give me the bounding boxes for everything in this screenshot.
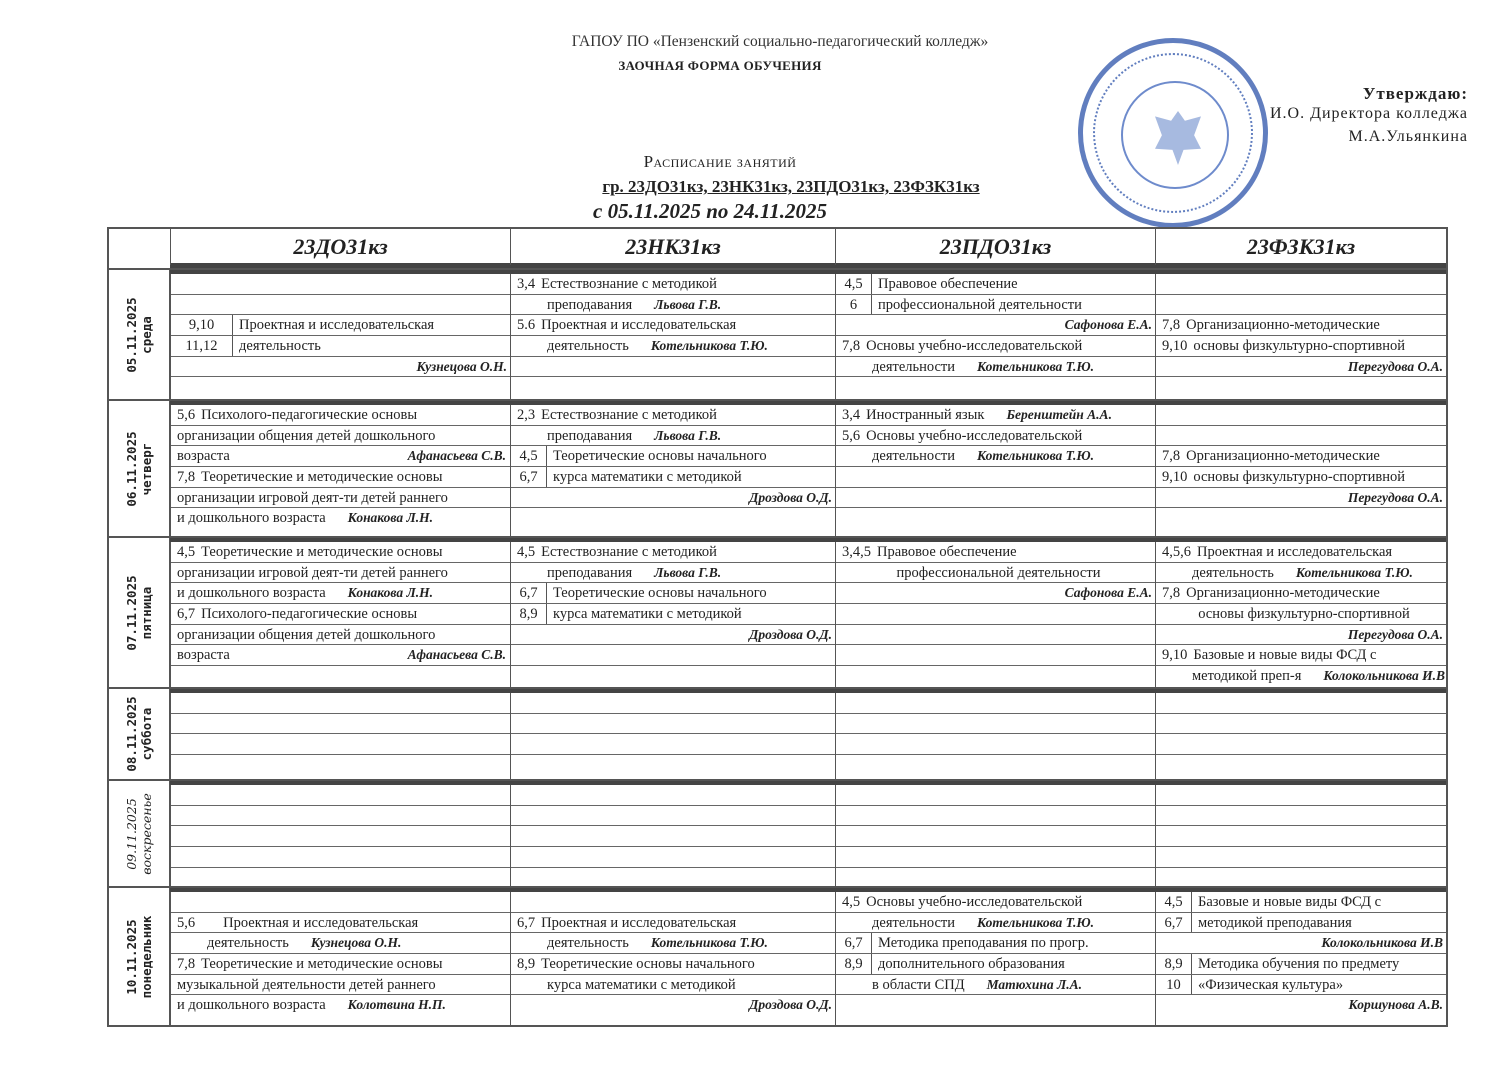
teacher-name: Перегудова О.А. [1348,490,1443,505]
day-date: 08.11.2025 [124,696,139,771]
cell-line [511,806,835,827]
cell-line: Коршунова А.В. [1156,995,1446,1016]
cell-line: организации общения детей дошкольного [171,625,510,646]
lesson-number: 7,8 [171,467,199,487]
cell-line [1156,508,1446,529]
subject-text: Правовое обеспечение [875,544,1017,560]
cell-line [171,714,510,735]
day-block: 10.11.2025понедельник5,6Проектная и иссл… [109,886,1446,1026]
subject-text: профессиональной деятельности [872,297,1082,313]
cell-line: 6,7курса математики с методикой [511,467,835,488]
cell-line [1156,785,1446,806]
subject-text: Проектная и исследовательская [233,317,434,333]
subject-text: организации игровой деят-ти детей раннег… [171,565,448,581]
lesson-number: 6,7 [511,583,547,603]
subject-text: Проектная и исследовательская [539,317,736,333]
teacher-name: Перегудова О.А. [1348,359,1443,374]
cell-line: 3,4Естествознание с методикой [511,274,835,295]
day-weekday: пятница [139,575,154,650]
cell-line: деятельностиКотельникова Т.Ю. [836,446,1155,467]
lesson-number: 8,9 [1156,954,1192,974]
cell-line: 7,8Организационно-методические [1156,583,1446,604]
lesson-number: 4,5 [511,446,547,466]
cell-line: Дроздова О.Д. [511,995,835,1016]
cell-line: деятельностиКотельникова Т.Ю. [836,913,1155,934]
schedule-table: 23ДО31кз23НК31кз23ПДО31кз23ФЗК31кз05.11.… [107,227,1448,1027]
cell-line [511,357,835,378]
lesson-number: 4,5 [511,542,539,562]
cell-line: деятельностьКотельникова Т.Ю. [1156,563,1446,584]
day-date-weekday: 08.11.2025суббота [124,696,154,771]
subject-text: Базовые и новые виды ФСД с [1192,894,1381,910]
cell-line: преподаванияЛьвова Г.В. [511,295,835,316]
schedule-cell: 3,4,5Правовое обеспечениепрофессионально… [835,542,1155,687]
day-date: 05.11.2025 [124,297,139,372]
cell-line [836,806,1155,827]
cell-line: возрастаАфанасьева С.В. [171,645,510,666]
cell-line [171,734,510,755]
lesson-number: 8,9 [511,604,547,624]
subject-text: возраста [171,448,230,464]
lesson-number: 7,8 [1156,315,1184,335]
cell-line [836,693,1155,714]
cell-line [171,666,510,687]
lesson-number: 11,12 [171,336,233,356]
teacher-name: Колокольникова И.В [1323,668,1445,683]
day-weekday: суббота [139,696,154,771]
lesson-number: 4,5 [836,274,872,294]
subject-text: Основы учебно-исследовательской [864,338,1082,354]
lesson-number: 3,4 [836,405,864,425]
teacher-name: Котельникова Т.Ю. [977,915,1094,930]
groups-line: гр. 23ДО31кз, 23НК31кз, 23ПДО31кз, 23ФЗК… [0,177,1498,197]
schedule-cell: 9,10Проектная и исследовательская11,12де… [170,274,510,399]
cell-line [836,714,1155,735]
cell-line [1156,693,1446,714]
cell-line: 8,9дополнительного образования [836,954,1155,975]
cell-line: курса математики с методикой [511,975,835,996]
cell-line [511,714,835,735]
subject-text: курса математики с методикой [511,977,736,993]
schedule-cell: 3,4Иностранный языкБеренштейн А.А.5,6Осн… [835,405,1155,536]
subject-text: в области СПД [836,977,965,993]
schedule-cell: 3,4Естествознание с методикойпреподавани… [510,274,835,399]
subject-text: Теоретические и методические основы [199,544,442,560]
cell-line: преподаванияЛьвова Г.В. [511,426,835,447]
subject-text: Организационно-методические [1184,448,1380,464]
subject-text: организации общения детей дошкольного [171,428,435,444]
cell-line: 6профессиональной деятельности [836,295,1155,316]
subject-text: Организационно-методические [1184,317,1380,333]
day-date: 06.11.2025 [124,431,139,506]
subject-text: Базовые и новые виды ФСД с [1191,647,1376,663]
cell-line [511,693,835,714]
lesson-number: 4,5,6 [1156,542,1195,562]
cell-line: профессиональной деятельности [836,563,1155,584]
schedule-cell: 2,3Естествознание с методикойпреподавани… [510,405,835,536]
lesson-number: 7,8 [1156,446,1184,466]
lesson-number: 8,9 [836,954,872,974]
subject-text: «Физическая культура» [1192,977,1343,993]
cell-line: Дроздова О.Д. [511,488,835,509]
day-weekday: среда [139,297,154,372]
teacher-name: Львова Г.В. [654,297,721,312]
teacher-name: Котельникова Т.Ю. [1296,565,1413,580]
day-date: 10.11.2025 [124,916,139,999]
subject-text: деятельность [511,338,629,354]
subject-text: методикой преподавания [1192,915,1352,931]
cell-line: 3,4Иностранный языкБеренштейн А.А. [836,405,1155,426]
lesson-number: 6,7 [836,933,872,953]
cell-line: 10«Физическая культура» [1156,975,1446,996]
lesson-number: 4,5 [171,542,199,562]
cell-line: Перегудова О.А. [1156,488,1446,509]
day-label: 07.11.2025пятница [109,538,170,687]
lesson-number: 3,4 [511,274,539,294]
cell-line: 4,5Теоретические основы начального [511,446,835,467]
subject-text: Иностранный язык [864,407,984,423]
subject-text: деятельности [836,915,955,931]
cell-line: 4,5Теоретические и методические основы [171,542,510,563]
cell-line: 9,10основы физкультурно-спортивной [1156,336,1446,357]
cell-line: 4,5Правовое обеспечение [836,274,1155,295]
teacher-name: Конакова Л.Н. [348,510,433,525]
lesson-number: 7,8 [1156,583,1184,603]
cell-line: 7,8Организационно-методические [1156,446,1446,467]
subject-text: Естествознание с методикой [539,407,717,423]
cell-line: 4,5Основы учебно-исследовательской [836,892,1155,913]
cell-line: 4,5,6Проектная и исследовательская [1156,542,1446,563]
subject-text: курса математики с методикой [547,606,742,622]
teacher-name: Афанасьева С.В. [408,446,506,466]
teacher-name: Львова Г.В. [654,565,721,580]
cell-line: 5,6Проектная и исследовательская [171,913,510,934]
cell-line [836,785,1155,806]
cell-line [836,508,1155,529]
teacher-name: Дроздова О.Д. [749,997,832,1012]
lesson-number: 9,10 [1156,467,1191,487]
cell-line: организации общения детей дошкольного [171,426,510,447]
teacher-name: Котельникова Т.Ю. [651,338,768,353]
cell-line: деятельностьКотельникова Т.Ю. [511,336,835,357]
subject-text: Теоретические и методические основы [199,469,442,485]
teacher-name: Котельникова Т.Ю. [651,935,768,950]
cell-line [836,826,1155,847]
subject-text: Методика обучения по предмету [1192,956,1399,972]
subject-text: Организационно-методические [1184,585,1380,601]
subject-text: Теоретические основы начального [547,585,767,601]
subject-text: основы физкультурно-спортивной [1191,469,1405,485]
schedule-cell: 4,5Теоретические и методические основыор… [170,542,510,687]
cell-line [171,295,510,316]
day-label: 10.11.2025понедельник [109,888,170,1026]
teacher-name: Котельникова Т.Ю. [977,448,1094,463]
schedule-cell [510,693,835,779]
cell-line: и дошкольного возрастаКонакова Л.Н. [171,508,510,529]
cell-line: Перегудова О.А. [1156,625,1446,646]
teacher-name: Конакова Л.Н. [348,585,433,600]
lesson-number: 5.6 [511,315,539,335]
cell-line [836,755,1155,776]
cell-line: 8,9Методика обучения по предмету [1156,954,1446,975]
subject-text: деятельность [511,935,629,951]
subject-text: основы физкультурно-спортивной [1191,338,1405,354]
cell-line: методикой преп-яКолокольникова И.В [1156,666,1446,687]
cell-line [1156,806,1446,827]
schedule-cell: 7,8Организационно-методические9,10основы… [1155,405,1446,536]
cell-line: в области СПДМатюхина Л.А. [836,975,1155,996]
day-date: 07.11.2025 [124,575,139,650]
subject-text: музыкальной деятельности детей раннего [171,977,436,993]
teacher-name: Котельникова Т.Ю. [977,359,1094,374]
cell-line: 7,8Теоретические и методические основы [171,954,510,975]
day-date-weekday: 06.11.2025четверг [124,431,154,506]
subject-text: и дошкольного возраста [171,997,326,1013]
lesson-number: 6,7 [171,604,199,624]
cell-line [1156,734,1446,755]
cell-line [511,645,835,666]
cell-line [171,892,510,913]
cell-line: 6,7Проектная и исследовательская [511,913,835,934]
day-date-weekday: 09.11.2025воскресенье [124,793,154,875]
cell-line [171,826,510,847]
schedule-cell: 7,8Организационно-методические9,10основы… [1155,274,1446,399]
day-label: 08.11.2025суббота [109,689,170,779]
teacher-name: Сафонова Е.А. [1065,585,1152,600]
subject-text: Теоретические и методические основы [199,956,442,972]
cell-line: возрастаАфанасьева С.В. [171,446,510,467]
teacher-name: Сафонова Е.А. [1065,317,1152,332]
schedule-cell: 4,5,6Проектная и исследовательскаядеятел… [1155,542,1446,687]
schedule-cell [1155,693,1446,779]
subject-text: преподавания [511,428,632,444]
column-header-3: 23ПДО31кз [835,229,1155,265]
lesson-number: 6,7 [511,913,539,933]
cell-line: Перегудова О.А. [1156,357,1446,378]
cell-line: Дроздова О.Д. [511,625,835,646]
subject-text: Основы учебно-исследовательской [864,894,1082,910]
cell-line [1156,426,1446,447]
subject-text: преподавания [511,297,632,313]
organization-name: ГАПОУ ПО «Пензенский социально-педагогич… [0,33,1498,51]
cell-line: 3,4,5Правовое обеспечение [836,542,1155,563]
cell-line: 6,7методикой преподавания [1156,913,1446,934]
cell-line [836,847,1155,868]
cell-line: деятельностьКузнецова О.Н. [171,933,510,954]
lesson-number: 5,6 [836,426,864,446]
approval-name: М.А.Ульянкина [1348,128,1468,146]
lesson-number: 9,10 [1156,645,1191,665]
cell-line: и дошкольного возрастаКонакова Л.Н. [171,583,510,604]
subject-text: и дошкольного возраста [171,510,326,526]
subject-text: Проектная и исследовательская [1195,544,1392,560]
cell-line: 9,10Проектная и исследовательская [171,315,510,336]
cell-line [511,734,835,755]
cell-line [1156,755,1446,776]
subject-text: деятельности [836,359,955,375]
cell-line: 11,12деятельность [171,336,510,357]
subject-text: Проектная и исследовательская [199,915,418,931]
subject-text: деятельность [1156,565,1274,581]
subject-text: методикой преп-я [1156,668,1301,684]
cell-line [171,755,510,776]
day-date-weekday: 05.11.2025среда [124,297,154,372]
lesson-number: 9,10 [171,315,233,335]
cell-line [836,488,1155,509]
day-block: 05.11.2025среда9,10Проектная и исследова… [109,268,1446,399]
subject-text: Методика преподавания по прогр. [872,935,1089,951]
subject-text: деятельность [171,935,289,951]
cell-line [1156,714,1446,735]
cell-line [511,377,835,398]
lesson-number: 7,8 [171,954,199,974]
day-block: 07.11.2025пятница4,5Теоретические и мето… [109,536,1446,687]
cell-line: 2,3Естествознание с методикой [511,405,835,426]
cell-line: организации игровой деят-ти детей раннег… [171,488,510,509]
cell-line: 4,5Естествознание с методикой [511,542,835,563]
lesson-number: 7,8 [836,336,864,356]
cell-line [1156,274,1446,295]
schedule-cell: 4,5Правовое обеспечение6профессиональной… [835,274,1155,399]
schedule-cell: 5,6Проектная и исследовательскаядеятельн… [170,892,510,1026]
subject-text: Естествознание с методикой [539,544,717,560]
column-header-1: 23ДО31кз [170,229,510,265]
day-block: 09.11.2025воскресенье [109,779,1446,886]
cell-line [511,785,835,806]
subject-text: организации общения детей дошкольного [171,627,435,643]
teacher-name: Перегудова О.А. [1348,627,1443,642]
schedule-cell: 4,5Естествознание с методикойпреподавани… [510,542,835,687]
cell-line: деятельностиКотельникова Т.Ю. [836,357,1155,378]
teacher-name: Кузнецова О.Н. [417,359,507,374]
cell-line: Сафонова Е.А. [836,583,1155,604]
lesson-number: 6,7 [1156,913,1192,933]
cell-line [171,693,510,714]
cell-line: 5,6Основы учебно-исследовательской [836,426,1155,447]
cell-line: 8,9Теоретические основы начального [511,954,835,975]
cell-line [1156,377,1446,398]
teacher-name: Афанасьева С.В. [408,645,506,665]
day-block: 06.11.2025четверг5,6Психолого-педагогиче… [109,399,1446,536]
schedule-cell [835,785,1155,886]
column-header-4: 23ФЗК31кз [1155,229,1446,265]
teacher-name: Дроздова О.Д. [749,490,832,505]
subject-text: организации игровой деят-ти детей раннег… [171,490,448,506]
teacher-name: Колотвина Н.П. [348,997,446,1012]
cell-line: 7,8Теоретические и методические основы [171,467,510,488]
cell-line: 4,5Базовые и новые виды ФСД с [1156,892,1446,913]
cell-line: 7,8Организационно-методические [1156,315,1446,336]
cell-line [836,645,1155,666]
cell-line: преподаванияЛьвова Г.В. [511,563,835,584]
cell-line: 8,9курса математики с методикой [511,604,835,625]
approval-title: Утверждаю: [1363,84,1468,104]
subject-text: Психолого-педагогические основы [199,407,417,423]
cell-line [171,785,510,806]
subject-text: профессиональной деятельности [891,565,1101,581]
cell-line [1156,847,1446,868]
cell-line: 6,7Теоретические основы начального [511,583,835,604]
schedule-cell [170,693,510,779]
lesson-number: 6,7 [511,467,547,487]
cell-line: Кузнецова О.Н. [171,357,510,378]
lesson-number: 5,6 [171,405,199,425]
cell-line [1156,826,1446,847]
cell-line: 7,8Основы учебно-исследовательской [836,336,1155,357]
cell-line: 5,6Психолого-педагогические основы [171,405,510,426]
cell-line: Сафонова Е.А. [836,315,1155,336]
cell-line [836,666,1155,687]
day-weekday: понедельник [139,916,154,999]
subject-text: деятельность [233,338,321,354]
cell-line [1156,295,1446,316]
subject-text: и дошкольного возраста [171,585,326,601]
lesson-number: 3,4,5 [836,542,875,562]
subject-text: основы физкультурно-спортивной [1192,606,1410,622]
coat-of-arms-icon [1155,111,1201,165]
approval-role: И.О. Директора колледжа [1270,105,1468,123]
subject-text: деятельности [836,448,955,464]
cell-line: 5.6Проектная и исследовательская [511,315,835,336]
subject-text: Теоретические основы начального [547,448,767,464]
teacher-name: Коршунова А.В. [1349,997,1443,1012]
schedule-cell [1155,785,1446,886]
teacher-name: Львова Г.В. [654,428,721,443]
teacher-name: Дроздова О.Д. [749,627,832,642]
cell-line [836,995,1155,1016]
day-label: 05.11.2025среда [109,270,170,399]
cell-line [836,467,1155,488]
subject-text: дополнительного образования [872,956,1065,972]
teacher-name: Матюхина Л.А. [987,977,1082,992]
day-date: 09.11.2025 [124,793,139,875]
teacher-name: Беренштейн А.А. [1006,407,1112,422]
lesson-number: 5,6 [171,913,199,933]
cell-line: 6,7Психолого-педагогические основы [171,604,510,625]
cell-line [511,508,835,529]
cell-line [836,604,1155,625]
cell-line: Колокольникова И.В [1156,933,1446,954]
lesson-number: 6 [836,295,872,315]
subject-text: курса математики с методикой [547,469,742,485]
schedule-cell [510,785,835,886]
schedule-cell [835,693,1155,779]
cell-line [171,806,510,827]
lesson-number: 4,5 [1156,892,1192,912]
cell-line: музыкальной деятельности детей раннего [171,975,510,996]
day-date-weekday: 07.11.2025пятница [124,575,154,650]
cell-line [836,625,1155,646]
lesson-number: 10 [1156,975,1192,995]
cell-line [1156,405,1446,426]
subject-text: Психолого-педагогические основы [199,606,417,622]
schedule-cell: 5,6Психолого-педагогические основыоргани… [170,405,510,536]
cell-line: организации игровой деят-ти детей раннег… [171,563,510,584]
lesson-number: 4,5 [836,892,864,912]
cell-line [836,734,1155,755]
subject-text: Правовое обеспечение [872,276,1018,292]
subject-text: Теоретические основы начального [539,956,755,972]
teacher-name: Кузнецова О.Н. [311,935,401,950]
day-block: 08.11.2025суббота [109,687,1446,779]
cell-line [171,847,510,868]
subject-text: преподавания [511,565,632,581]
subject-text: возраста [171,647,230,663]
cell-line: деятельностьКотельникова Т.Ю. [511,933,835,954]
day-date-weekday: 10.11.2025понедельник [124,916,154,999]
cell-line: 6,7Методика преподавания по прогр. [836,933,1155,954]
schedule-cell [170,785,510,886]
